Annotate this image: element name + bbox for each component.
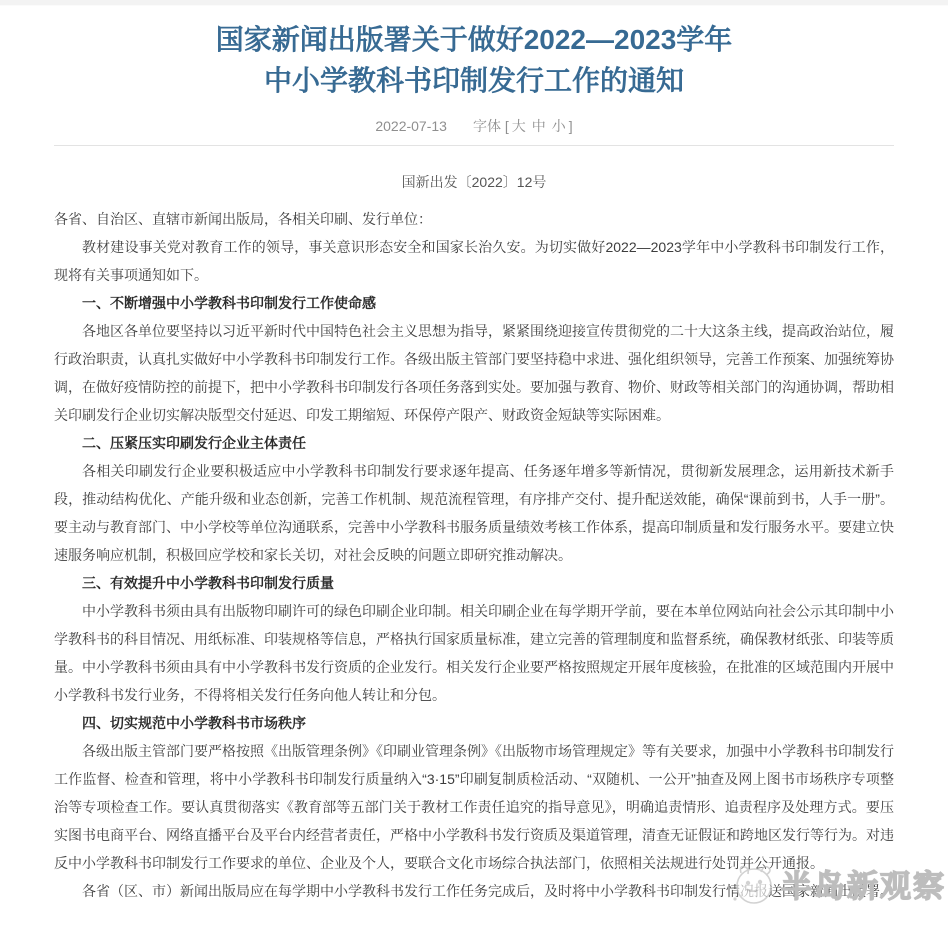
font-size-medium-button[interactable]: 中	[532, 118, 546, 134]
font-size-small-button[interactable]: 小	[552, 118, 566, 134]
section-3-heading: 三、有效提升中小学教科书印制发行质量	[54, 569, 894, 597]
publish-date: 2022-07-13	[375, 118, 447, 134]
font-size-bracket-open: [	[505, 118, 509, 134]
font-size-large-button[interactable]: 大	[512, 118, 526, 134]
section-3-body: 中小学教科书须由具有出版物印刷许可的绿色印刷企业印制。相关印刷企业在每学期开学前…	[54, 597, 894, 709]
section-2-heading: 二、压紧压实印刷发行企业主体责任	[54, 429, 894, 457]
closing-paragraph: 各省（区、市）新闻出版局应在每学期中小学教科书发行工作任务完成后，及时将中小学教…	[54, 877, 894, 905]
font-size-selector: 字体 [大中小]	[473, 118, 573, 134]
font-size-bracket-close: ]	[569, 118, 573, 134]
title-line-2: 中小学教科书印制发行工作的通知	[40, 60, 908, 101]
section-1-heading: 一、不断增强中小学教科书印制发行工作使命感	[54, 289, 894, 317]
font-size-label: 字体	[473, 118, 501, 134]
notice-body: 各省、自治区、直辖市新闻出版局，各相关印刷、发行单位： 教材建设事关党对教育工作…	[54, 205, 894, 905]
intro-paragraph: 教材建设事关党对教育工作的领导，事关意识形态安全和国家长治久安。为切实做好202…	[54, 233, 894, 289]
page-top-edge	[0, 0, 948, 6]
section-4-body: 各级出版主管部门要严格按照《出版管理条例》《印刷业管理条例》《出版物市场管理规定…	[54, 737, 894, 877]
document-number: 国新出发〔2022〕12号	[0, 172, 948, 192]
header-divider	[54, 145, 894, 146]
section-2-body: 各相关印刷发行企业要积极适应中小学教科书印制发行要求逐年提高、任务逐年增多等新情…	[54, 457, 894, 569]
title-line-1: 国家新闻出版署关于做好2022—2023学年	[40, 19, 908, 60]
article-meta: 2022-07-13字体 [大中小]	[0, 116, 948, 136]
page-title: 国家新闻出版署关于做好2022—2023学年 中小学教科书印制发行工作的通知	[40, 19, 908, 101]
section-1-body: 各地区各单位要坚持以习近平新时代中国特色社会主义思想为指导，紧紧围绕迎接宣传贯彻…	[54, 317, 894, 429]
section-4-heading: 四、切实规范中小学教科书市场秩序	[54, 709, 894, 737]
salutation-line: 各省、自治区、直辖市新闻出版局，各相关印刷、发行单位：	[54, 205, 894, 233]
